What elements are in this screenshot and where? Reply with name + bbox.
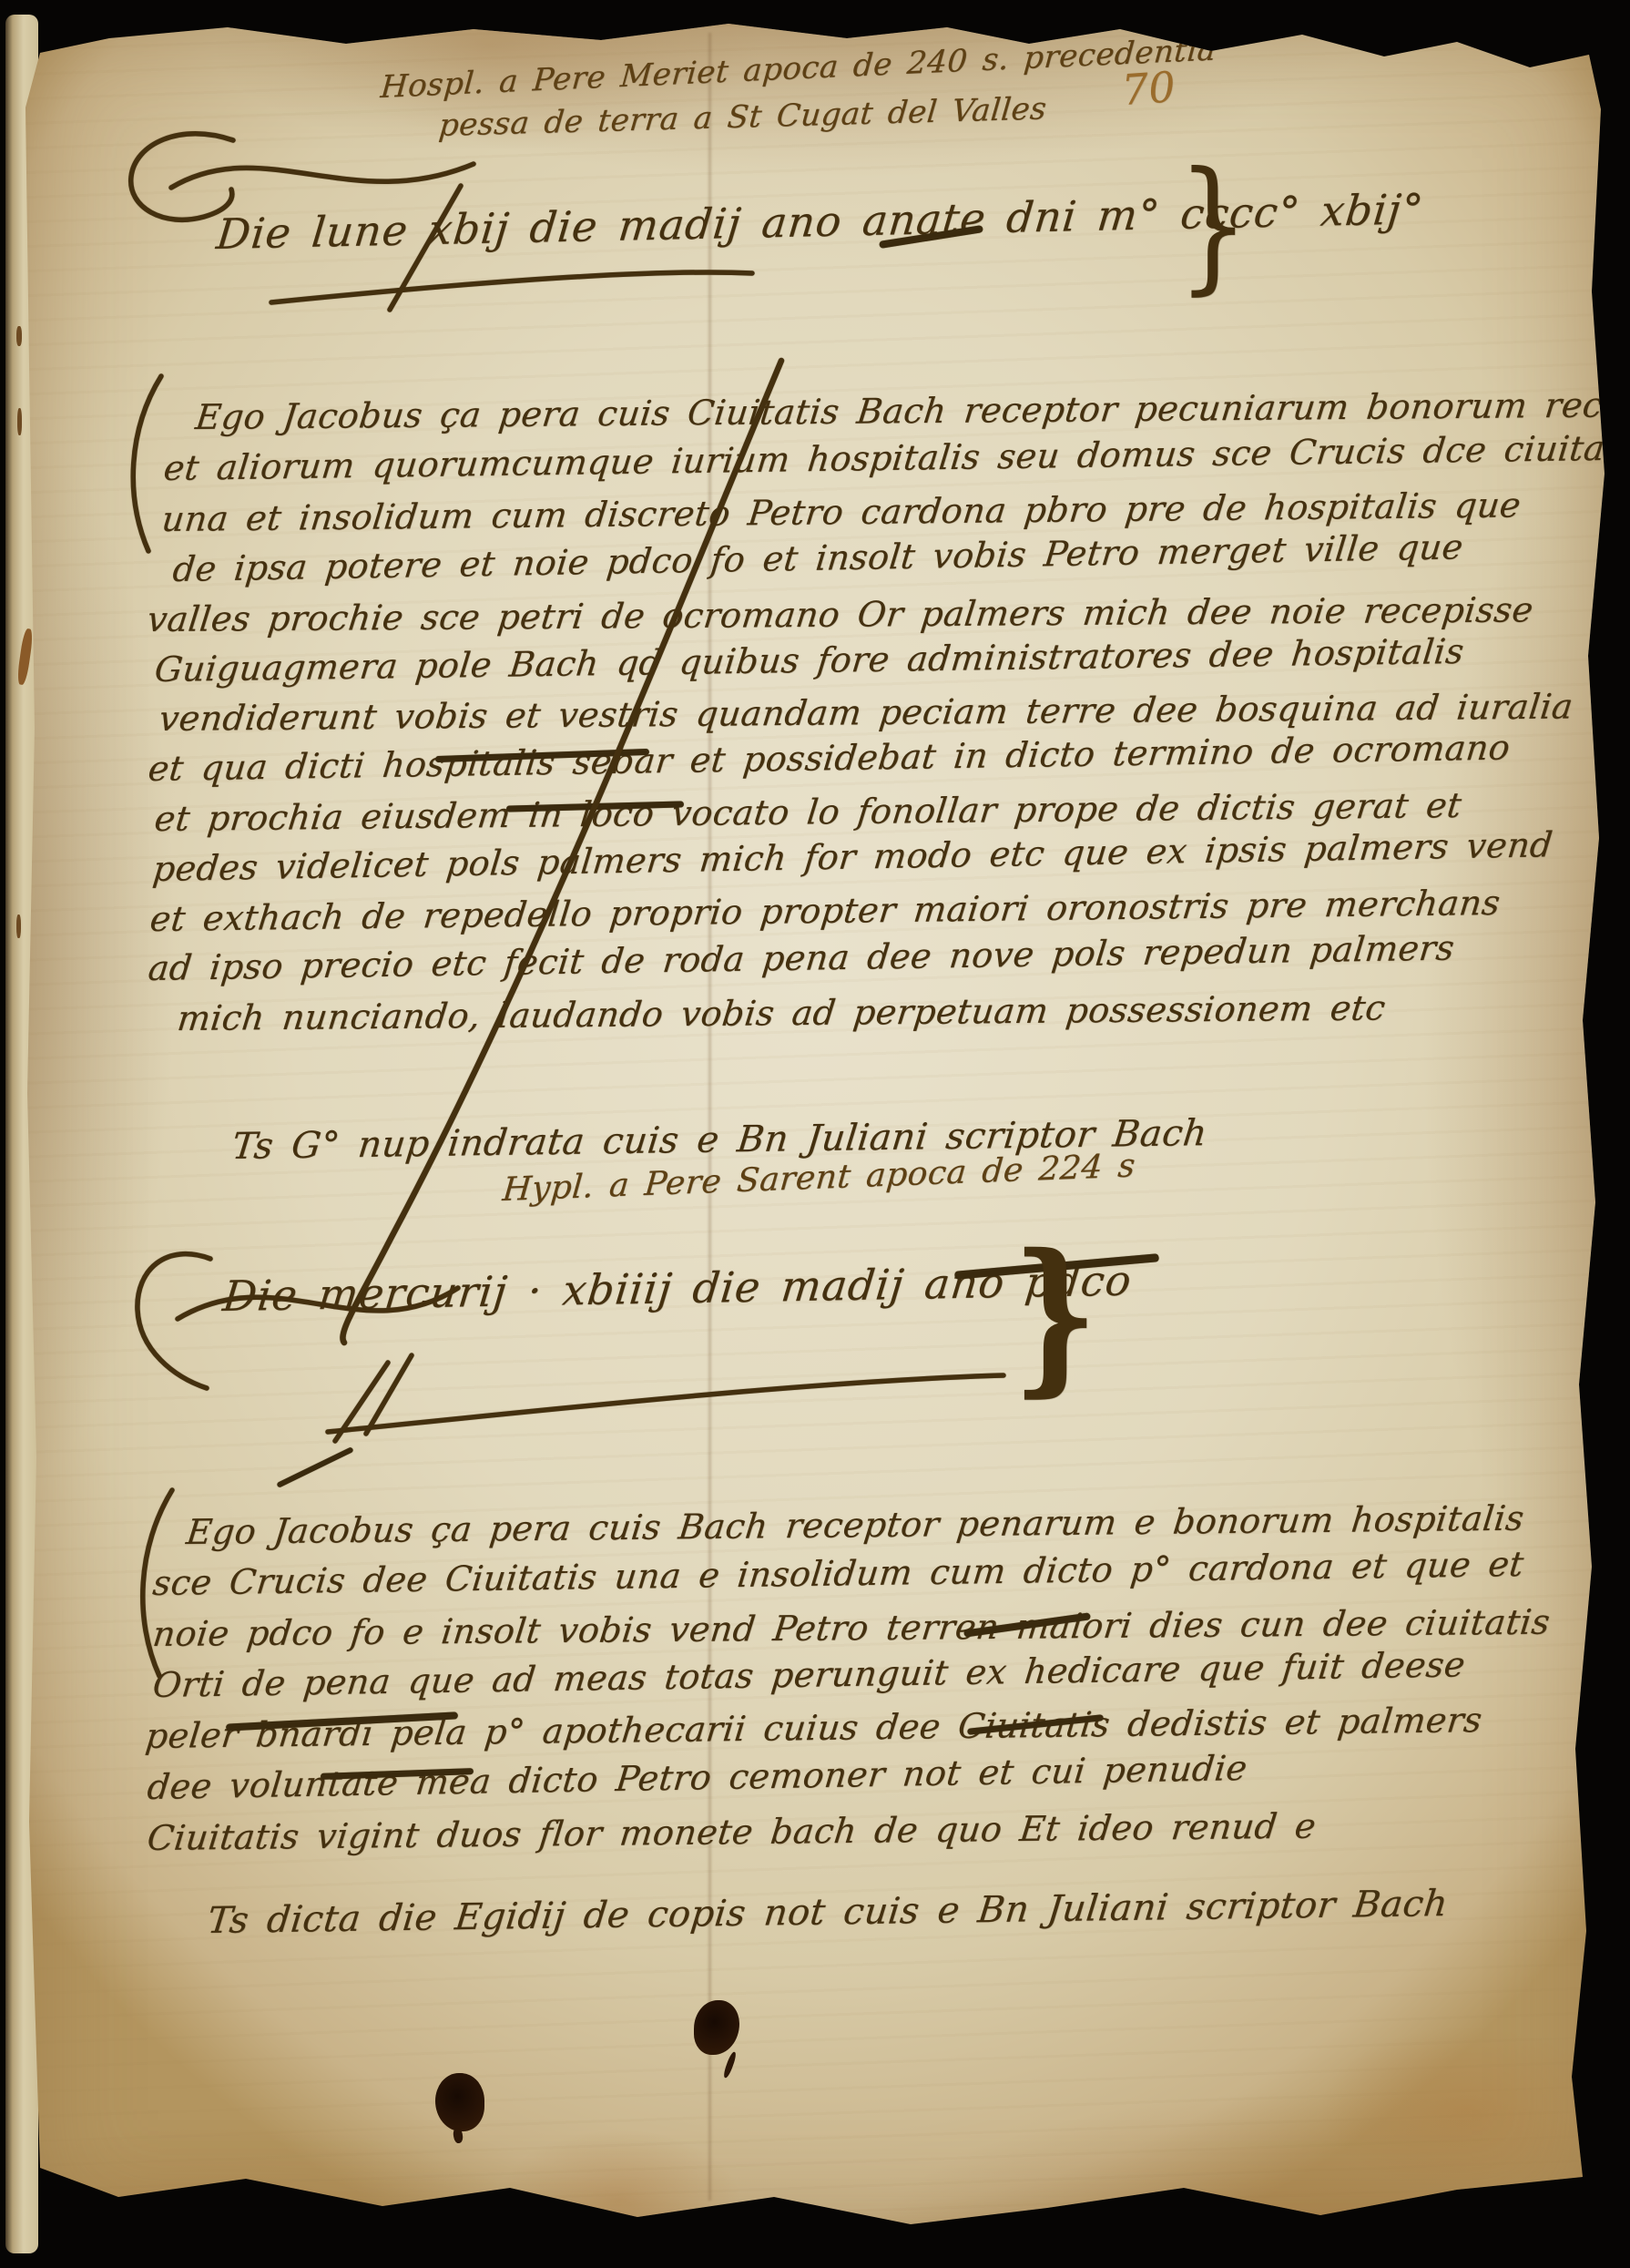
entry1-closing-brace: } (1177, 153, 1248, 297)
header-annotation-line-1: Hospl. a Pere Meriet apoca de 240 s. pre… (379, 32, 1217, 106)
gutter-speck (17, 408, 22, 435)
manuscript-page: 70 Hospl. a Pere Meriet apoca de 240 s. … (0, 0, 1630, 2268)
manuscript-photo: 70 Hospl. a Pere Meriet apoca de 240 s. … (0, 0, 1630, 2268)
entry2-body-line: Orti de pena que ad meas totas perunguit… (151, 1644, 1468, 1705)
entry1-cancellation-stroke (264, 344, 829, 1364)
entry2-witness-line: Ts dicta die Egidij de copis not cuis e … (205, 1883, 1450, 1942)
ink-blot (435, 2073, 484, 2131)
entry1-underline-flourish (253, 175, 772, 316)
entry2-body-line: sce Crucis dee Ciuitatis una e insolidum… (151, 1544, 1526, 1603)
entry2-body-line: dee voluntate mea dicto Petro cemoner no… (146, 1748, 1249, 1807)
ink-blot-tail (722, 2051, 738, 2079)
margin-tick (1388, 42, 1391, 52)
margin-tick (1366, 44, 1378, 55)
entry2-body-line: Ego Jacobus ça pera cuis Bach receptor p… (185, 1498, 1526, 1552)
gutter-speck (16, 914, 21, 938)
entry2-underline-flourish (301, 1346, 1038, 1460)
gutter-speck (16, 326, 22, 346)
entry2-body-line: Ciuitatis vigint duos flor monete bach d… (146, 1806, 1319, 1858)
ink-blot (694, 2000, 739, 2055)
entry2-body-line: peler bnardi pela p° apothecarii cuius d… (144, 1700, 1484, 1756)
